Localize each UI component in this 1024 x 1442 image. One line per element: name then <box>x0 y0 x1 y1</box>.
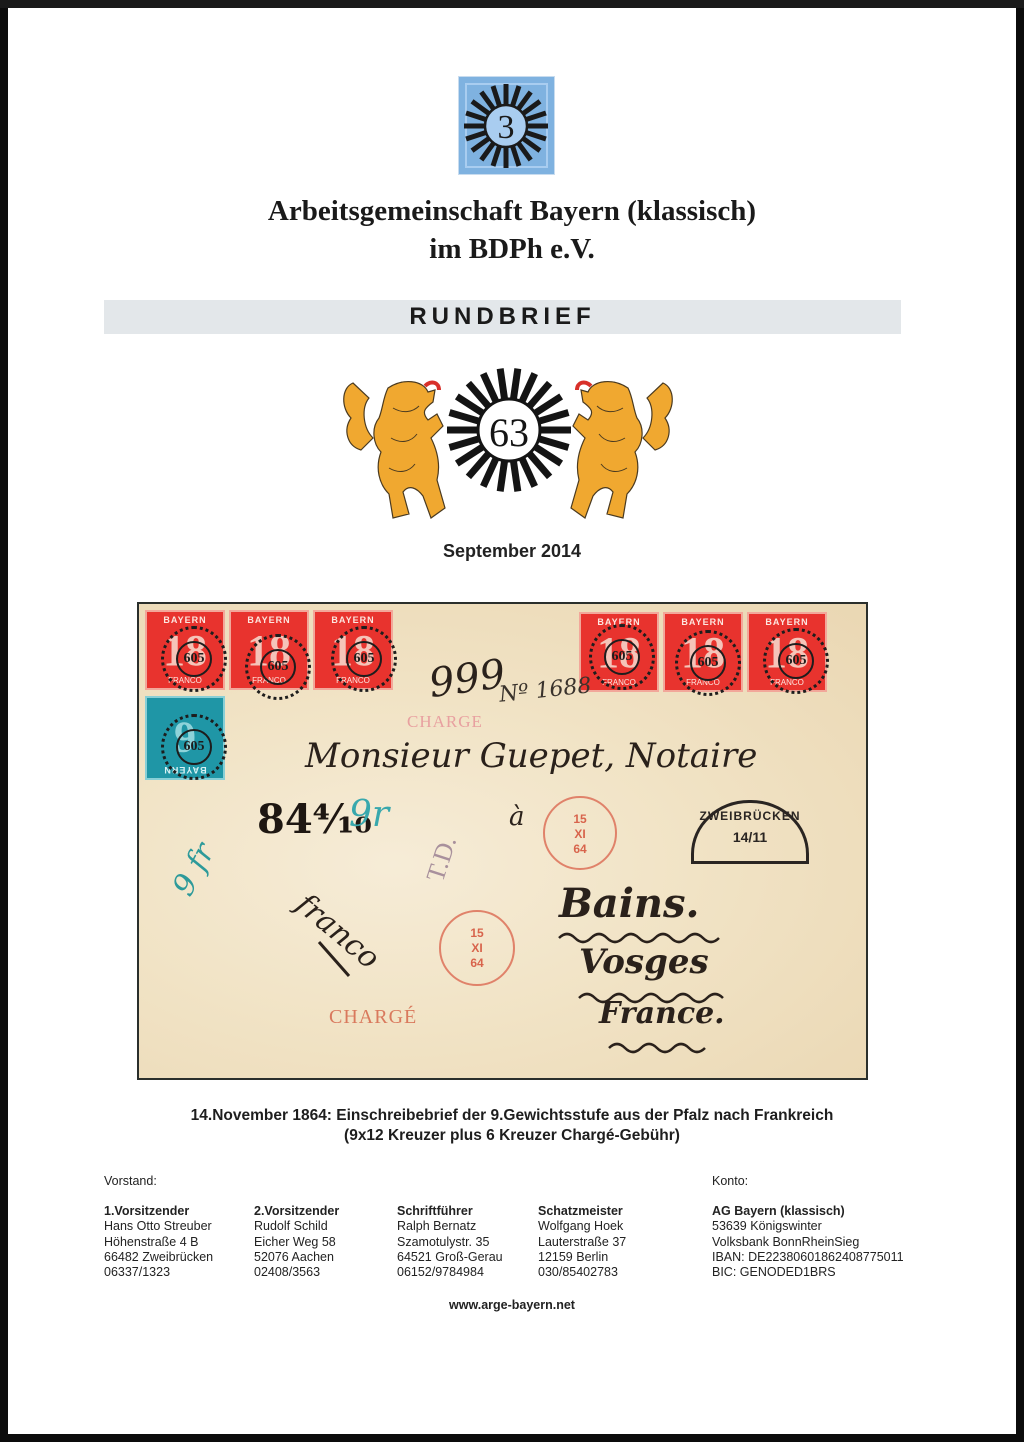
scan-border-top <box>0 0 1024 8</box>
wavy-underlines <box>139 604 866 1078</box>
member-schatzmeister: Schatzmeister Wolfgang Hoek Lauterstraße… <box>538 1204 626 1280</box>
caption-line-1: 14.November 1864: Einschreibebrief der 9… <box>8 1106 1016 1126</box>
rundbrief-banner: RUNDBRIEF <box>104 300 901 334</box>
lion-right-icon <box>571 382 672 518</box>
lion-left-icon <box>344 382 445 518</box>
newsletter-cover: 3 Arbeitsgemeinschaft Bayern (klassisch)… <box>8 8 1016 1434</box>
logo-stamp: 3 <box>458 76 555 175</box>
emblem: 63 <box>333 368 683 528</box>
banner-label: RUNDBRIEF <box>104 300 901 334</box>
member-schriftfuehrer: Schriftführer Ralph Bernatz Szamotulystr… <box>397 1204 503 1280</box>
svg-text:3: 3 <box>498 109 515 146</box>
issue-number: 63 <box>489 410 529 455</box>
konto-heading: Konto: <box>712 1174 748 1189</box>
member-2vorsitzender: 2.Vorsitzender Rudolf Schild Eicher Weg … <box>254 1204 339 1280</box>
sunburst-cancel-icon: 3 <box>459 77 554 174</box>
org-title: Arbeitsgemeinschaft Bayern (klassisch) <box>8 194 1016 228</box>
website-link[interactable]: www.arge-bayern.net <box>8 1298 1016 1312</box>
cover-letter-image: BAYERN 18 FRANCO 605 BAYERN 18 FRANCO 60… <box>137 602 868 1080</box>
org-subtitle: im BDPh e.V. <box>8 232 1016 266</box>
caption-line-2: (9x12 Kreuzer plus 6 Kreuzer Chargé-Gebü… <box>8 1126 1016 1146</box>
member-1vorsitzender: 1.Vorsitzender Hans Otto Streuber Höhens… <box>104 1204 213 1280</box>
issue-date: September 2014 <box>8 541 1016 562</box>
bank-account: AG Bayern (klassisch) 53639 Königswinter… <box>712 1204 904 1280</box>
vorstand-heading: Vorstand: <box>104 1174 157 1189</box>
